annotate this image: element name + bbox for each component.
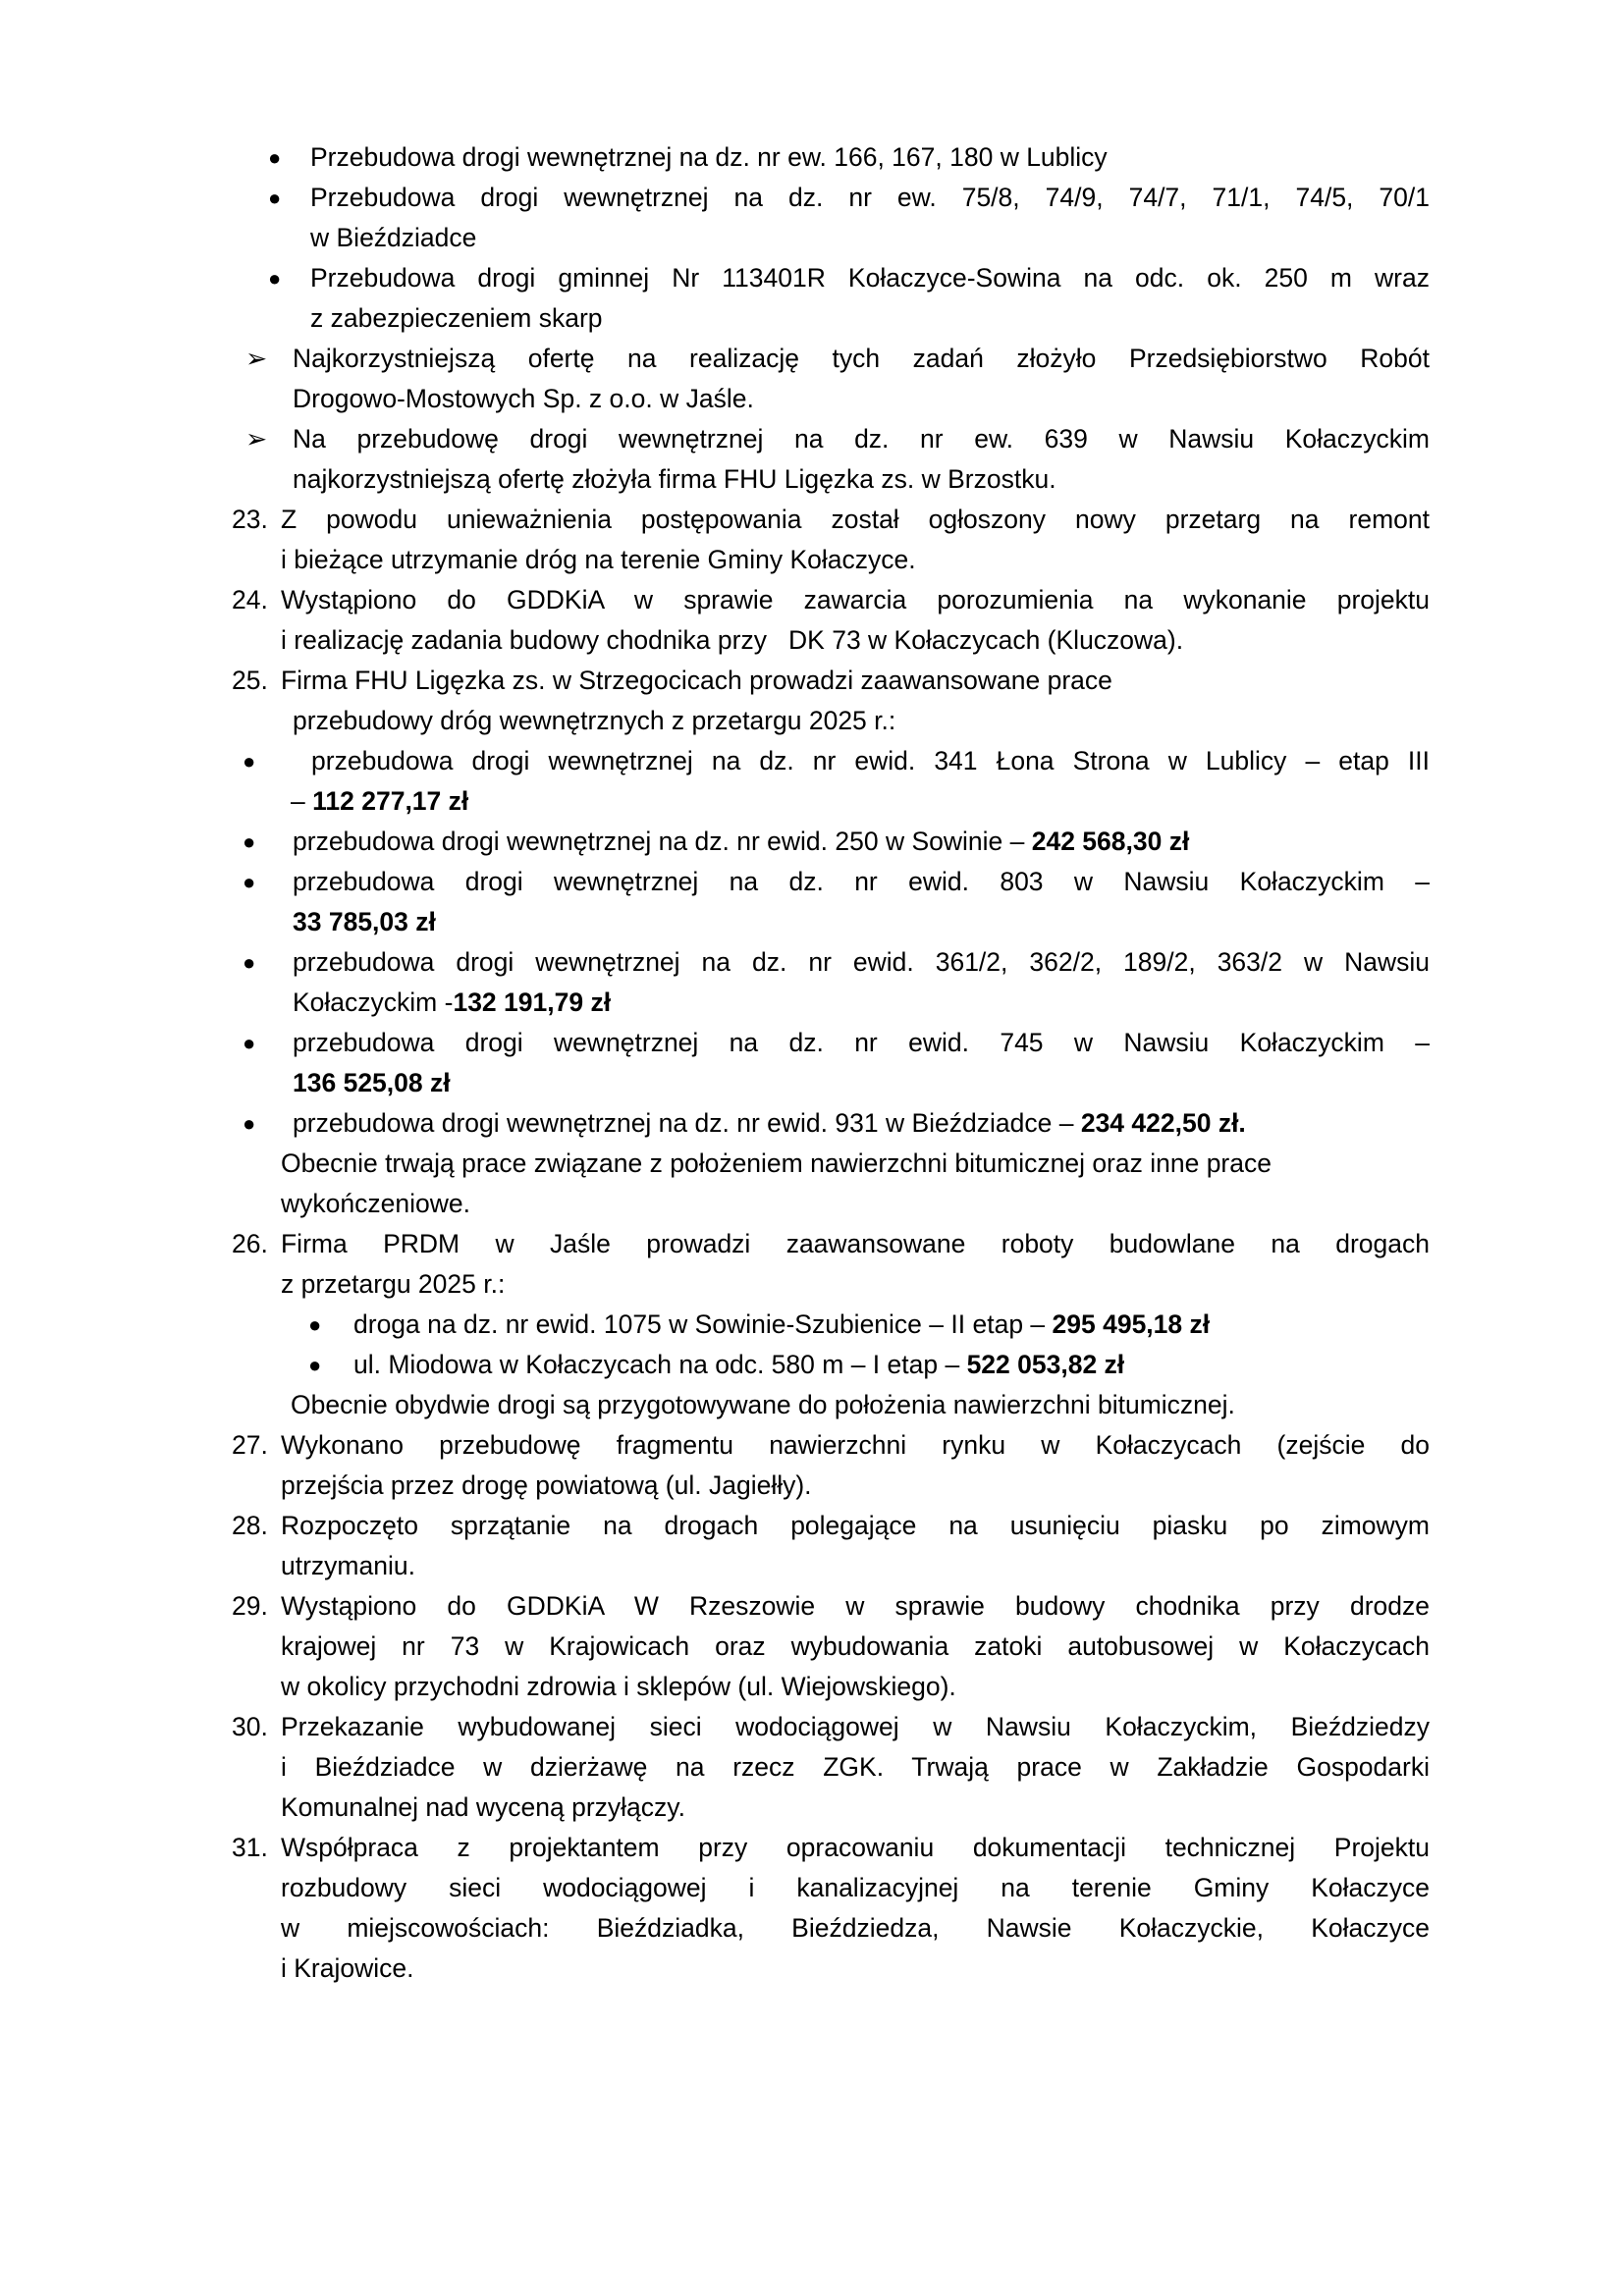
bullet-icon: ●	[308, 1305, 321, 1345]
amount: 136 525,08 zł	[293, 1068, 451, 1097]
subitem-line: droga na dz. nr ewid. 1075 w Sowinie-Szu…	[353, 1305, 1210, 1345]
item-line: rozbudowy sieci wodociągowej i kanalizac…	[281, 1868, 1430, 1908]
item-number: 31.	[232, 1828, 268, 1868]
amount: 33 785,03 zł	[293, 907, 436, 936]
bullet-line: Przebudowa drogi wewnętrznej na dz. nr e…	[310, 178, 1430, 218]
bullet-line: w Bieździadce	[310, 218, 476, 258]
item-line: Z powodu unieważnienia postępowania zost…	[281, 500, 1430, 540]
subitem-line: przebudowa drogi wewnętrznej na dz. nr e…	[293, 822, 1189, 862]
item-line: Współpraca z projektantem przy opracowan…	[281, 1828, 1430, 1868]
subitem-line: przebudowa drogi wewnętrznej na dz. nr e…	[293, 942, 1430, 983]
amount: 112 277,17 zł	[312, 786, 468, 816]
document-page: ● Przebudowa drogi wewnętrznej na dz. nr…	[0, 0, 1624, 2296]
item-number: 26.	[232, 1224, 268, 1264]
item-line: Rozpoczęto sprzątanie na drogach polegaj…	[281, 1506, 1430, 1546]
arrow-line: najkorzystniejszą ofertę złożyła firma F…	[293, 459, 1056, 500]
subitem-line: ul. Miodowa w Kołaczycach na odc. 580 m …	[353, 1345, 1124, 1385]
item-line: przebudowy dróg wewnętrznych z przetargu…	[293, 701, 895, 741]
bullet-icon: ●	[243, 862, 255, 902]
amount: 132 191,79 zł	[453, 988, 611, 1017]
item-line: Komunalnej nad wyceną przyłączy.	[281, 1788, 685, 1828]
subitem-line: przebudowa drogi wewnętrznej na dz. nr e…	[293, 741, 1430, 781]
bullet-icon: ●	[308, 1345, 321, 1385]
item-number: 28.	[232, 1506, 268, 1546]
item-line: i Krajowice.	[281, 1949, 414, 1989]
item-line: Wykonano przebudowę fragmentu nawierzchn…	[281, 1425, 1430, 1466]
subitem-amount-line: 136 525,08 zł	[293, 1063, 451, 1103]
item-note: wykończeniowe.	[281, 1184, 470, 1224]
item-line: i realizację zadania budowy chodnika prz…	[281, 620, 1183, 661]
bullet-icon: ●	[243, 1103, 255, 1144]
bullet-line: z zabezpieczeniem skarp	[310, 298, 603, 339]
item-number: 27.	[232, 1425, 268, 1466]
arrow-line: Na przebudowę drogi wewnętrznej na dz. n…	[293, 419, 1430, 459]
item-line: Firma FHU Ligęzka zs. w Strzegocicach pr…	[281, 661, 1112, 701]
item-line: Firma PRDM w Jaśle prowadzi zaawansowane…	[281, 1224, 1430, 1264]
arrow-line: Najkorzystniejszą ofertę na realizację t…	[293, 339, 1430, 379]
item-line: w miejscowościach: Bieździadka, Bieździe…	[281, 1908, 1430, 1949]
item-line: i bieżące utrzymanie dróg na terenie Gmi…	[281, 540, 916, 580]
subitem-amount-line: 33 785,03 zł	[293, 902, 436, 942]
bullet-line: Przebudowa drogi gminnej Nr 113401R Koła…	[310, 258, 1430, 298]
bullet-icon: ●	[243, 822, 255, 862]
item-line: przejścia przez drogę powiatową (ul. Jag…	[281, 1466, 812, 1506]
item-number: 29.	[232, 1586, 268, 1627]
item-note: Obecnie obydwie drogi są przygotowywane …	[291, 1385, 1235, 1425]
item-line: z przetargu 2025 r.:	[281, 1264, 505, 1305]
item-note: Obecnie trwają prace związane z położeni…	[281, 1144, 1272, 1184]
subitem-line: przebudowa drogi wewnętrznej na dz. nr e…	[293, 1103, 1246, 1144]
bullet-icon: ●	[243, 741, 255, 781]
bullet-icon: ●	[243, 1023, 255, 1063]
item-number: 23.	[232, 500, 268, 540]
item-line: Przekazanie wybudowanej sieci wodociągow…	[281, 1707, 1430, 1747]
arrow-line: Drogowo-Mostowych Sp. z o.o. w Jaśle.	[293, 379, 754, 419]
subitem-amount-line: Kołaczyckim -132 191,79 zł	[293, 983, 611, 1023]
item-line: krajowej nr 73 w Krajowicach oraz wybudo…	[281, 1627, 1430, 1667]
subitem-line: przebudowa drogi wewnętrznej na dz. nr e…	[293, 1023, 1430, 1063]
amount: 234 422,50 zł.	[1081, 1108, 1246, 1138]
arrow-bullet-icon: ➢	[245, 339, 267, 379]
item-number: 30.	[232, 1707, 268, 1747]
arrow-bullet-icon: ➢	[245, 419, 267, 459]
bullet-icon: ●	[268, 178, 281, 218]
amount: 242 568,30 zł	[1032, 827, 1190, 856]
item-number: 25.	[232, 661, 268, 701]
bullet-line: Przebudowa drogi wewnętrznej na dz. nr e…	[310, 137, 1108, 178]
amount: 295 495,18 zł	[1053, 1309, 1211, 1339]
subitem-amount-line: – 112 277,17 zł	[291, 781, 468, 822]
amount: 522 053,82 zł	[967, 1350, 1125, 1379]
bullet-icon: ●	[243, 942, 255, 983]
bullet-icon: ●	[268, 137, 281, 178]
item-line: Wystąpiono do GDDKiA w sprawie zawarcia …	[281, 580, 1430, 620]
item-line: w okolicy przychodni zdrowia i sklepów (…	[281, 1667, 956, 1707]
item-number: 24.	[232, 580, 268, 620]
item-line: utrzymaniu.	[281, 1546, 415, 1586]
item-line: i Bieździadce w dzierżawę na rzecz ZGK. …	[281, 1747, 1430, 1788]
bullet-icon: ●	[268, 258, 281, 298]
item-line: Wystąpiono do GDDKiA W Rzeszowie w spraw…	[281, 1586, 1430, 1627]
subitem-line: przebudowa drogi wewnętrznej na dz. nr e…	[293, 862, 1430, 902]
